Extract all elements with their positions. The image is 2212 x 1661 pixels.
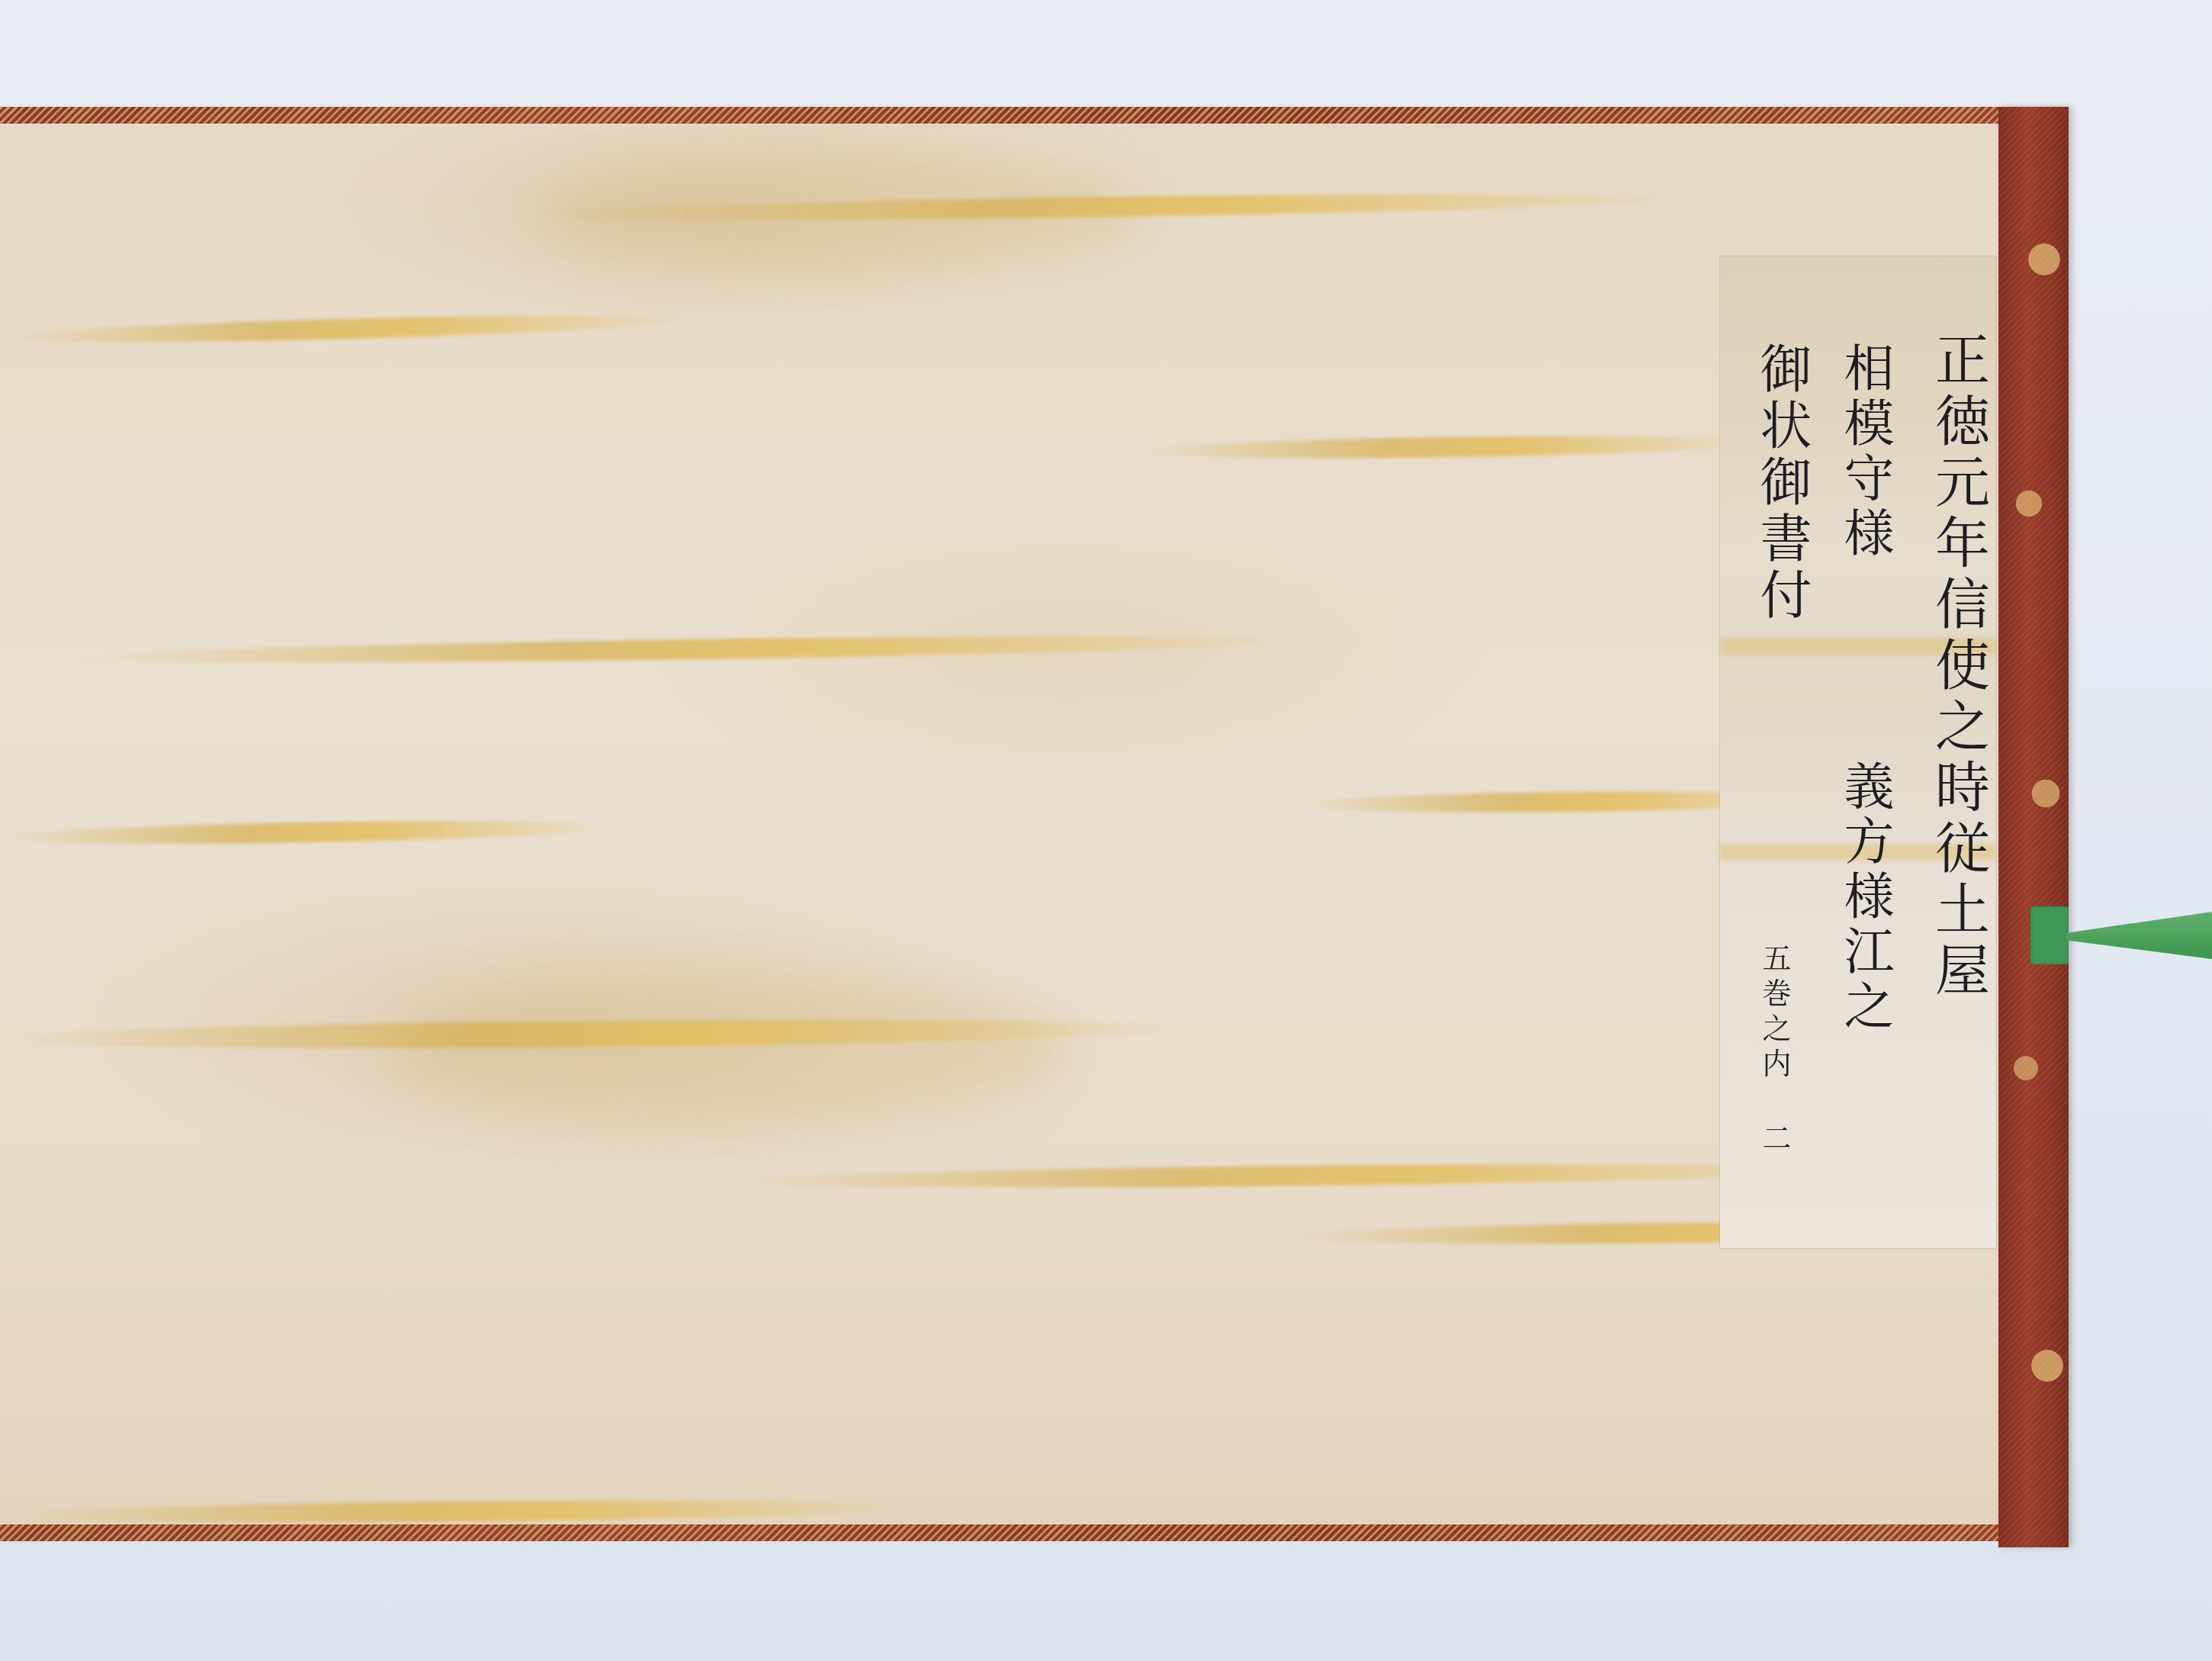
scroll-paper bbox=[0, 121, 1998, 1526]
gold-streak bbox=[76, 631, 1297, 668]
gold-streak bbox=[1144, 433, 1754, 461]
gold-streak bbox=[725, 1160, 1869, 1192]
label-column-1: 正徳元年信使之時従土屋 bbox=[1931, 331, 1985, 1003]
volume-note: 五巻之内 二 bbox=[1760, 943, 1789, 1158]
gold-streak bbox=[0, 310, 686, 348]
brocade-edge-top bbox=[0, 107, 2029, 124]
brocade-roller bbox=[1998, 107, 2069, 1547]
label-column-2: 相模守様 bbox=[1839, 342, 1889, 562]
tie-tab bbox=[2030, 906, 2069, 964]
label-column-3: 御状御書付 bbox=[1755, 342, 1807, 624]
title-label-slip: 正徳元年信使之時従土屋 相模守様 義方様江之 御状御書付 五巻之内 二 bbox=[1720, 256, 1996, 1248]
handscroll: 正徳元年信使之時従土屋 相模守様 義方様江之 御状御書付 五巻之内 二 bbox=[0, 107, 2059, 1541]
gold-streak bbox=[0, 817, 610, 848]
gold-streak bbox=[0, 1498, 915, 1525]
gold-haze bbox=[381, 975, 1068, 1128]
brocade-edge-bottom bbox=[0, 1524, 2029, 1541]
green-tie-cord[interactable] bbox=[2066, 912, 2212, 959]
label-column-2b: 義方様江之 bbox=[1839, 760, 1889, 1035]
